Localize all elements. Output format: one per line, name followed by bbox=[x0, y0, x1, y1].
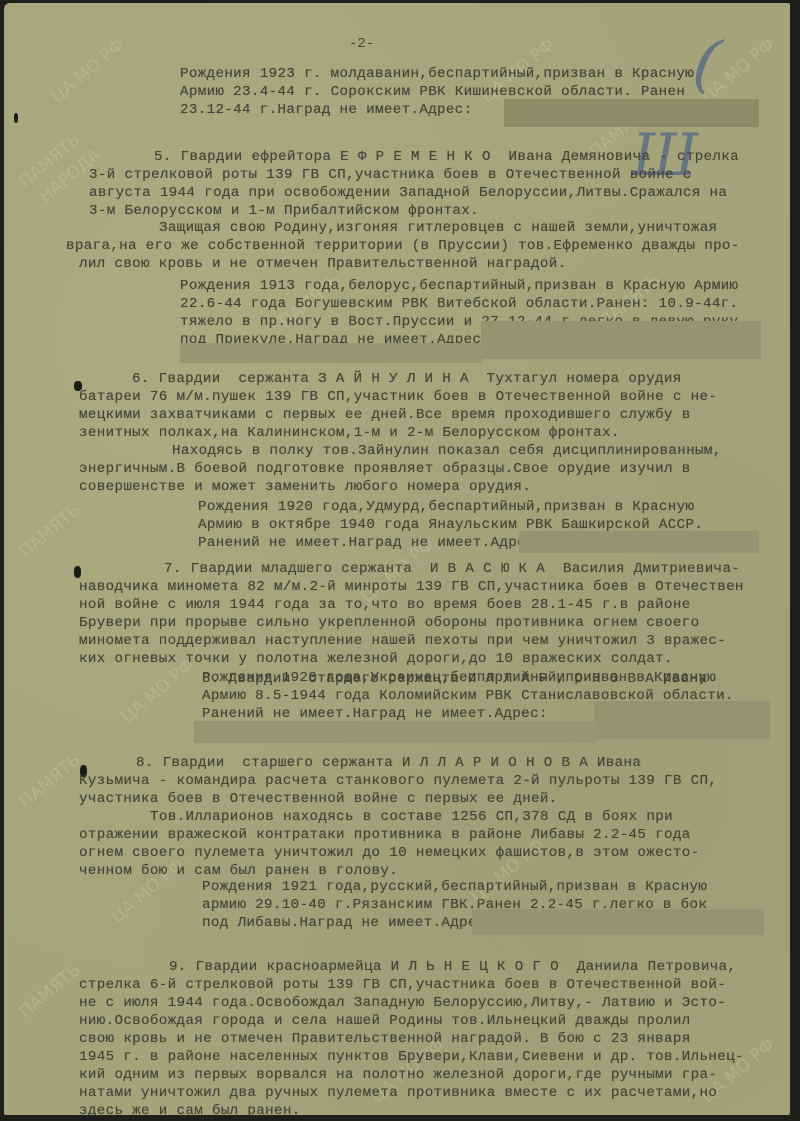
text-line: мецкими захватчиками с первых ее дней.Вс… bbox=[79, 407, 691, 424]
text-line: ной войне с июля 1944 года за то,что во … bbox=[79, 597, 691, 614]
redacted-address bbox=[194, 721, 594, 743]
text-line: Находясь в полку тов.Зайнулин показал се… bbox=[172, 443, 722, 460]
redacted-address bbox=[594, 701, 770, 739]
text-line: под Либавы.Наград не имеет.Адрес: bbox=[202, 915, 495, 932]
text-line: 3-й стрелковой роты 139 ГВ СП,участника … bbox=[89, 167, 692, 184]
watermark: ПАМЯТЬ bbox=[17, 752, 84, 812]
text-line: батареи 76 м/м.пушек 139 ГВ СП,участник … bbox=[79, 389, 717, 406]
text-line: 1945 г. в районе населенных пунктов Брув… bbox=[79, 1049, 744, 1066]
text-line: врага,на его же собственной территории (… bbox=[66, 238, 740, 255]
watermark: ПАМЯТЬ bbox=[17, 962, 84, 1022]
redacted-address bbox=[504, 99, 759, 127]
text-line: лил свою кровь и не отмечен Правительств… bbox=[79, 256, 567, 273]
text-line: энергичным.В боевой подготовке проявляет… bbox=[79, 461, 691, 478]
text-line: Кузьмича - командира расчета станкового … bbox=[79, 773, 717, 790]
text-line: 6. Гвардии сержанта З А Й Н У Л И Н А Ту… bbox=[132, 371, 682, 388]
text-line: 8. Гвардии старшего сержанта И Л Л А Р И… bbox=[136, 755, 641, 772]
text-line: Рождения 1913 года,белорус,беспартийный,… bbox=[180, 278, 738, 295]
document-page: ЦА МО РФ ПАМЯТЬ НАРОДА ЦА МО РФ ЦА МО РФ… bbox=[4, 3, 790, 1115]
text-line: нию.Освобождая города и села нашей Родин… bbox=[79, 1013, 691, 1030]
text-line: 5. Гвардии ефрейтора Е Ф Р Е М Е Н К О И… bbox=[154, 149, 739, 166]
text-line: августа 1944 года при освобождении Запад… bbox=[89, 185, 727, 202]
redacted-address bbox=[519, 531, 759, 553]
text-line: натами уничтожил два ручных пулемета про… bbox=[79, 1085, 717, 1102]
text-line: зенитных полках,на Калининском,1-м и 2-м… bbox=[79, 425, 620, 442]
text-line: свою кровь и не отмечен Правительственно… bbox=[79, 1031, 691, 1048]
text-line: 9. Гвардии красноармейца И Л Ь Н Е Ц К О… bbox=[169, 959, 736, 976]
watermark: ПАМЯТЬ bbox=[17, 132, 84, 192]
ink-blot bbox=[14, 113, 18, 123]
text-line: стрелка 6-й стрелковой роты 139 ГВ СП,уч… bbox=[79, 977, 726, 994]
text-line: Ранений не имеет.Наград не имеет.Адрес - bbox=[198, 535, 553, 552]
text-line: ких огневых точки у полотна железной дор… bbox=[79, 651, 673, 668]
watermark: ПАМЯТЬ bbox=[17, 502, 84, 562]
text-line: Брувери при прорыве сильно укрепленной о… bbox=[79, 615, 699, 632]
text-line: здесь же и сам был ранен. bbox=[79, 1103, 301, 1115]
text-line: 22.6-44 года Богушевским РВК Витебской о… bbox=[180, 296, 738, 313]
text-line: совершенстве и может заменить любого ном… bbox=[79, 479, 531, 496]
text-line: Рождения 1920 года,Удмурд,беспартийный,п… bbox=[198, 499, 694, 516]
redacted-address bbox=[481, 321, 761, 359]
text-line: Рождения 1920 года,Украинец,беспартийный… bbox=[202, 670, 716, 687]
redacted-address bbox=[180, 343, 483, 363]
text-line: наводчика миномета 82 м/м.2-й минроты 13… bbox=[79, 579, 744, 596]
text-line: участника боев в Отечественной войне с п… bbox=[79, 791, 558, 808]
text-line: Рождения 1921 года,русский,беспартийный,… bbox=[202, 879, 707, 896]
handwritten-mark: ( bbox=[688, 25, 725, 102]
text-line: 23.12-44 г.Наград не имеет.Адрес: bbox=[180, 102, 473, 119]
text-line: миномета поддерживал наступление нашей п… bbox=[79, 633, 726, 650]
text-line: огнем своего пулемета уничтожил до 10 не… bbox=[79, 845, 699, 862]
page-number: -2- bbox=[349, 36, 374, 52]
watermark: ЦА МО РФ bbox=[49, 37, 128, 107]
text-line: ченном бою и сам был ранен в голову. bbox=[79, 863, 398, 880]
redacted-address bbox=[472, 909, 764, 935]
text-line: кий одним из первых ворвался на полотно … bbox=[79, 1067, 717, 1084]
text-line: Рождения 1923 г. молдаванин,беспартийный… bbox=[180, 66, 694, 83]
text-line: отражении вражеской контратаки противник… bbox=[79, 827, 691, 844]
text-line: 3-м Белорусском и 1-м Прибалтийском фрон… bbox=[89, 203, 479, 220]
text-line: не с июля 1944 года.Освобождал Западную … bbox=[79, 995, 726, 1012]
text-line: 7. Гвардии младшего сержанта И В А С Ю К… bbox=[164, 561, 740, 578]
ink-blot bbox=[74, 566, 81, 578]
text-line: Защищая свою Родину,изгоняя гитлеровцев … bbox=[159, 220, 717, 237]
text-line: Тов.Илларионов находясь в составе 1256 С… bbox=[150, 809, 673, 826]
